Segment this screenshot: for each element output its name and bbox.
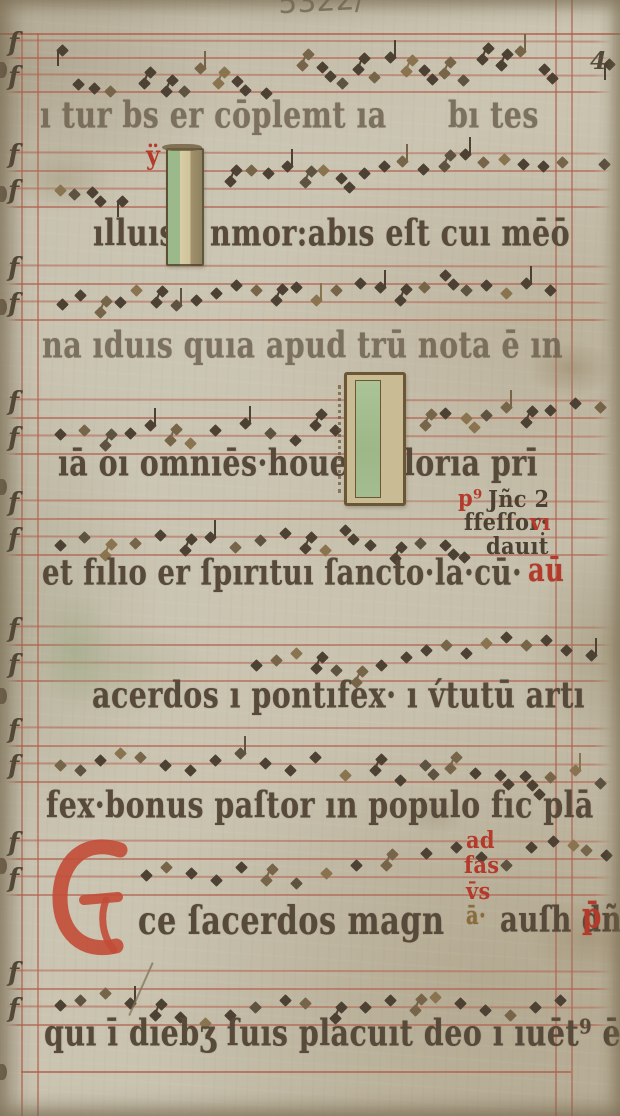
chant-text-segment: ı tur bs er cōplemt ıa: [40, 98, 387, 135]
staff-line: [6, 745, 612, 747]
staff-line: [6, 39, 612, 42]
f-clef: f: [8, 616, 19, 642]
chant-text-segment: ıā oı omnıēs·houe: [58, 446, 348, 483]
staff-line: [6, 73, 612, 76]
f-clef: f: [8, 425, 19, 451]
staff-line: [6, 300, 612, 303]
chant-text-segment: quı ī dıebʒ ſuıs placuıt deo ı ıuēt⁹ ē: [44, 1016, 620, 1053]
rubric-text: fas: [464, 853, 499, 876]
f-clef: f: [8, 652, 19, 678]
chant-text-segment: p̄: [582, 899, 602, 934]
f-clef: f: [8, 30, 19, 56]
staff-line: [6, 434, 612, 437]
staff-line: [6, 206, 612, 208]
f-clef: f: [8, 255, 19, 281]
binding-mark: [0, 299, 7, 315]
f-clef: f: [8, 178, 19, 204]
chant-text-segment: ā·: [466, 903, 486, 928]
ruling-line-vertical: [571, 0, 573, 1116]
binding-mark: [0, 479, 7, 495]
staff-line: [6, 417, 612, 419]
f-clef: f: [8, 389, 19, 415]
f-clef: f: [8, 142, 19, 168]
chant-text-segment: aū: [528, 554, 564, 587]
f-clef: f: [8, 717, 19, 743]
rubric-text: ÿ: [146, 142, 160, 168]
binding-mark: [0, 688, 7, 704]
shelfmark-inscription: 5322/: [277, 0, 365, 21]
f-clef: f: [8, 490, 19, 516]
staff-line: [6, 781, 612, 783]
chant-text-segment: ılluıs: [93, 216, 176, 253]
f-clef: f: [8, 291, 19, 317]
rubric-text: p⁹: [458, 486, 482, 509]
chant-text-segment: et fılıo er ſpırıtuı ſancto·la·cū·: [42, 556, 522, 591]
binding-mark: [0, 858, 7, 874]
staff-line: [6, 398, 612, 401]
rubric-text: ad: [466, 828, 495, 851]
staff-line: [6, 264, 612, 267]
illuminated-initial-i: [166, 148, 204, 266]
ruling-line-vertical: [37, 33, 39, 1116]
f-clef: f: [8, 866, 19, 892]
rubric-text: v̄s: [466, 879, 491, 902]
f-clef: f: [8, 526, 19, 552]
rubric-text: Jñc 2: [488, 487, 549, 510]
staff-line: [6, 726, 612, 729]
illuminated-initial-g: [344, 372, 406, 506]
binding-mark: [0, 62, 7, 78]
binding-mark: [0, 186, 7, 202]
staff-line: [6, 988, 612, 990]
staff-line: [6, 319, 612, 321]
f-clef: f: [8, 830, 19, 856]
f-clef: f: [8, 960, 19, 986]
chant-text-segment: nmor:abıs eſt cuı mēō: [210, 216, 570, 253]
chant-text-segment: lorıa prī: [404, 446, 538, 483]
chant-text-segment: auſh dñ⁹: [500, 903, 620, 938]
ruling-line-horizontal: [0, 33, 620, 35]
staff-line: [6, 969, 612, 972]
f-clef: f: [8, 64, 19, 90]
chant-text-segment: acerdos ı pontıfex· ı v́tutū artı: [92, 678, 585, 715]
illuminated-initial-e: [50, 836, 136, 958]
rubric-text: vı: [530, 510, 551, 533]
ruling-line-vertical: [21, 33, 23, 1116]
staff-line: [6, 151, 612, 154]
chant-text-segment: na ıduıs quıa apud trū nota ē ın: [42, 328, 563, 365]
chant-text-segment: fex·bonus paſtor ın populo fıc plā: [46, 788, 594, 825]
binding-mark: [0, 1064, 7, 1080]
parchment-scratch: [128, 962, 153, 1016]
manuscript-page: 5322/ 4 ffffffffffffffffff ı tur bs er c…: [0, 0, 620, 1116]
ruling-line-horizontal: [21, 1071, 571, 1073]
corner-custos-mark: 4: [590, 46, 607, 75]
f-clef: f: [8, 753, 19, 779]
chant-text-segment: bı tes: [448, 98, 539, 135]
chant-text-segment: ce ſacerdos magn: [138, 901, 445, 940]
f-clef: f: [8, 996, 19, 1022]
